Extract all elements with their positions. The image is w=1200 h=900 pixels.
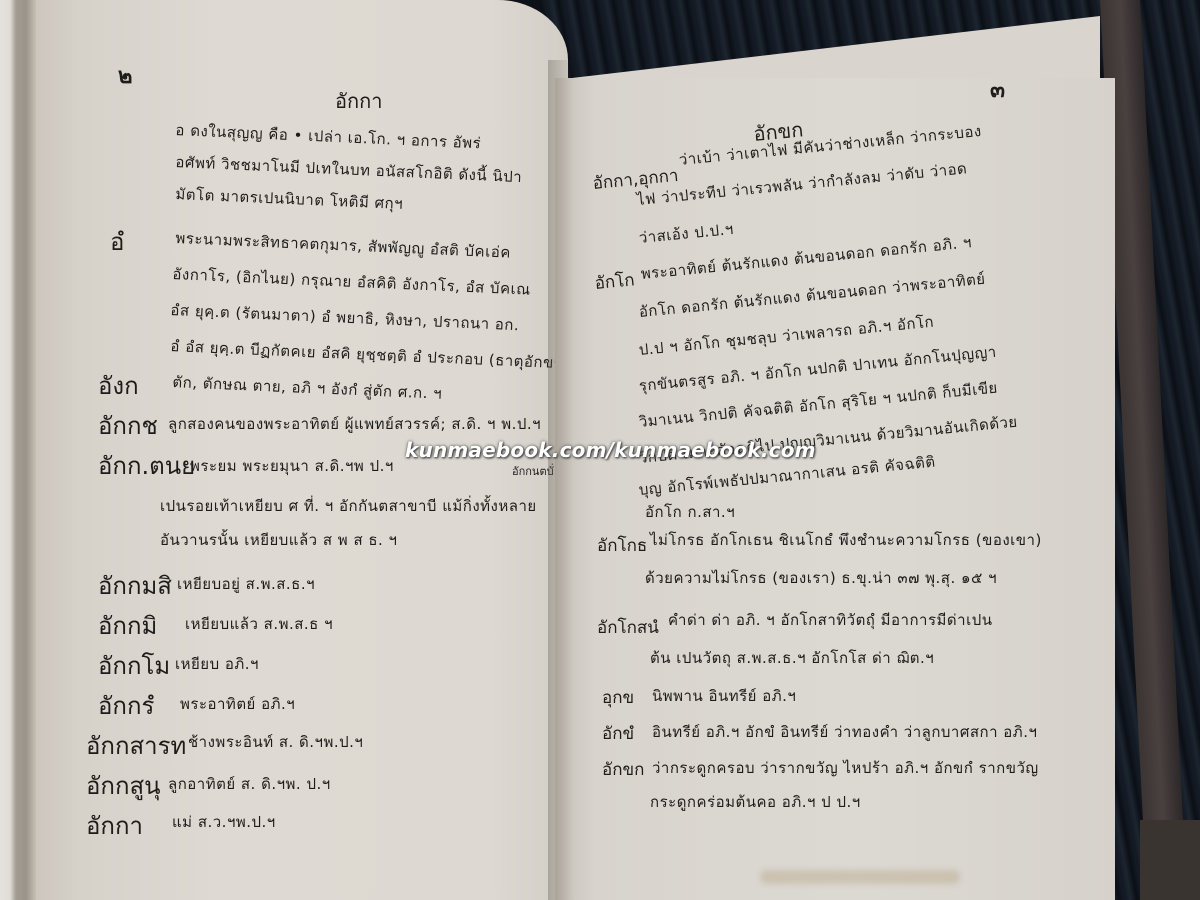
entry-line: ด้วยความไม่โกรธ (ของเรา) ธ.ขุ.น่า ๓๗ พุ.… — [645, 566, 997, 590]
entry-line: ช้างพระอินท์ ส. ดิ.ฯพ.ป.ฯ — [188, 730, 363, 754]
right-page-number: ๓ — [990, 72, 1005, 107]
headword: อักกรํ — [98, 686, 154, 725]
entry-line: คำด่า ด่า อภิ. ฯ อักโกสาทิวัตถุํ มีอาการ… — [668, 608, 993, 632]
watermark-text: kunmaebook.com/kunmaebook.com — [405, 438, 816, 462]
entry-line: เหยียบ อภิ.ฯ — [175, 652, 259, 676]
entry-line: อินทรีย์ อภิ.ฯ อักขํ อินทรีย์ ว่าทองคำ ว… — [652, 720, 1037, 744]
headword: อักก.ตนย — [98, 446, 195, 485]
headword: อักกา — [86, 806, 143, 845]
headword: อักกมิ — [98, 606, 157, 645]
headword: อักกมสิ — [98, 566, 172, 605]
entry-line: ไม่โกรธ อักโกเธน ชิเนโกธํ พึงชำนะความโกร… — [650, 528, 1042, 552]
entry-line: ลูกสองคนของพระอาทิตย์ ผู้แพทย์สวรรค์; ส.… — [168, 412, 541, 436]
headword: อุกข — [602, 684, 634, 711]
headword: อักขก — [602, 756, 644, 783]
entry-line: แม่ ส.ว.ฯพ.ป.ฯ — [172, 810, 276, 834]
entry-line: พระยม พระยมุนา ส.ดิ.ฯพ ป.ฯ — [190, 454, 394, 478]
headword: อังก — [98, 366, 139, 405]
headword: อักขํ — [602, 720, 634, 747]
headword: อักโกธ — [597, 532, 647, 559]
entry-line: อักโก ก.สา.ฯ — [645, 500, 735, 524]
paper-stain — [760, 870, 960, 884]
headword: อักกช — [98, 406, 158, 445]
headword: อักโกสนํ — [597, 614, 659, 641]
left-running-head: อักกา — [335, 85, 382, 117]
entry-line: ต้น เปนวัตถุ ส.พ.ส.ธ.ฯ อักโกโส ด่า ฌิต.ฯ — [650, 646, 934, 670]
entry-line: พระอาทิตย์ อภิ.ฯ — [180, 692, 295, 716]
headword: อํ — [110, 222, 124, 261]
entry-line: กระดูกคร่อมต้นคอ อภิ.ฯ ป ป.ฯ — [650, 790, 861, 814]
entry-line: เหยียบแล้ว ส.พ.ส.ธ ฯ — [185, 612, 333, 636]
book-cover-corner — [1140, 820, 1200, 900]
headword: อักกสูนุ — [86, 766, 161, 805]
entry-line: เปนรอยเท้าเหยียบ ศ ที่. ฯ อักกันตสาขาบี … — [160, 494, 537, 518]
left-page-edge — [0, 0, 36, 900]
headword: อักกโม — [98, 646, 170, 685]
entry-line: ว่ากระดูกครอบ ว่ารากขวัญ ไหปร้า อภิ.ฯ อั… — [652, 756, 1039, 780]
entry-line: นิพพาน อินทรีย์ อภิ.ฯ — [652, 684, 796, 708]
left-page-number: ๒ — [118, 58, 133, 93]
headword: อักโก — [593, 266, 635, 297]
headword: อักกสารท — [86, 726, 186, 765]
entry-line: อันวานรนั้น เหยียบแล้ว ส พ ส ธ. ฯ — [160, 528, 397, 552]
entry-line: ลูกอาทิตย์ ส. ดิ.ฯพ. ป.ฯ — [168, 772, 331, 796]
entry-line: เหยียบอยู่ ส.พ.ส.ธ.ฯ — [177, 572, 315, 596]
gutter-shadow — [548, 60, 574, 900]
